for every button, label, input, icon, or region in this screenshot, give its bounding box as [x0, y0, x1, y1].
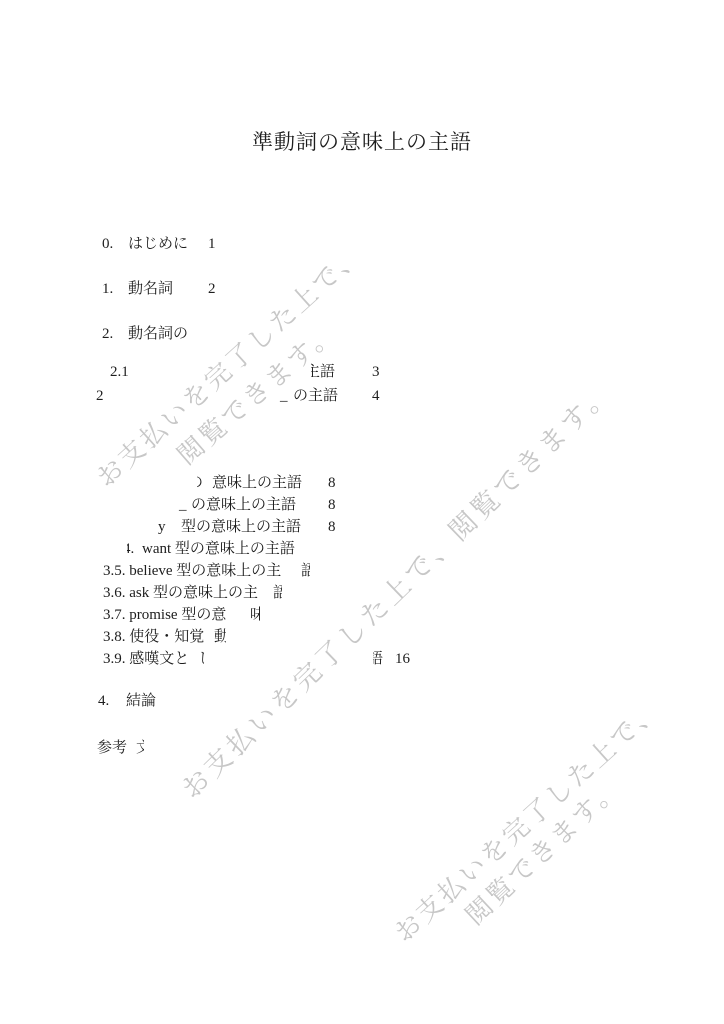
toc-text-fragment: 動名詞の: [128, 324, 188, 344]
toc-text-fragment: し: [198, 649, 204, 669]
toc-text-fragment: 2: [96, 386, 103, 406]
toc-text-fragment: 3.5. believe 型の意味上の主: [103, 561, 281, 581]
toc-text-fragment: はじめに: [128, 234, 188, 254]
toc-page-number: 16: [395, 649, 410, 669]
toc-text-fragment: 動名詞: [128, 279, 173, 299]
toc-text-fragment: _: [179, 495, 187, 515]
toc-text-fragment: 型の意味上の主語: [181, 517, 301, 537]
toc-text-fragment: 3.6. ask 型の意味上の主: [103, 583, 258, 603]
toc-page-number: 3: [372, 362, 380, 382]
toc-text-fragment: 3.7. promise 型の意: [103, 605, 226, 625]
toc-text-fragment: 2.: [102, 324, 113, 344]
toc-text-fragment: の意味上の主語: [191, 495, 296, 515]
toc-text-fragment: 意味上の主語: [212, 473, 302, 493]
toc-page-number: 8: [328, 495, 336, 515]
toc-text-fragment: 文: [136, 738, 144, 758]
table-of-contents: 0.はじめに11.動名詞22.動名詞の2.1主語32_の主語4の意味上の主語8_…: [0, 0, 724, 1024]
toc-text-fragment: 4.: [127, 539, 136, 559]
toc-page-number: 8: [328, 517, 336, 537]
toc-text-fragment: 語: [273, 583, 282, 603]
toc-text-fragment: 2.1: [110, 362, 129, 382]
toc-text-fragment: 結論: [126, 691, 156, 711]
toc-text-fragment: want 型の意味上の主語: [142, 539, 295, 559]
toc-text-fragment: 1.: [102, 279, 113, 299]
toc-page-number: 4: [372, 386, 380, 406]
toc-text-fragment: 動: [214, 627, 226, 647]
toc-text-fragment: 3.9. 感嘆文と: [103, 649, 189, 669]
toc-page-number: 2: [208, 279, 216, 299]
toc-text-fragment: 0.: [102, 234, 113, 254]
toc-text-fragment: 主語: [311, 362, 335, 382]
toc-text-fragment: 味: [250, 605, 260, 625]
toc-text-fragment: の主語: [293, 386, 338, 406]
toc-page-number: 1: [208, 234, 216, 254]
toc-text-fragment: 4.: [98, 691, 109, 711]
toc-text-fragment: ry: [158, 517, 167, 537]
toc-text-fragment: 語: [301, 561, 310, 581]
toc-text-fragment: の: [197, 473, 203, 493]
toc-text-fragment: _: [280, 386, 288, 406]
toc-page-number: 8: [328, 473, 336, 493]
toc-text-fragment: 参考: [97, 738, 127, 758]
toc-text-fragment: 語: [373, 649, 383, 669]
toc-text-fragment: 3.8. 使役・知覚: [103, 627, 204, 647]
document-page: 準動詞の意味上の主語 0.はじめに11.動名詞22.動名詞の2.1主語32_の主…: [0, 0, 724, 1024]
